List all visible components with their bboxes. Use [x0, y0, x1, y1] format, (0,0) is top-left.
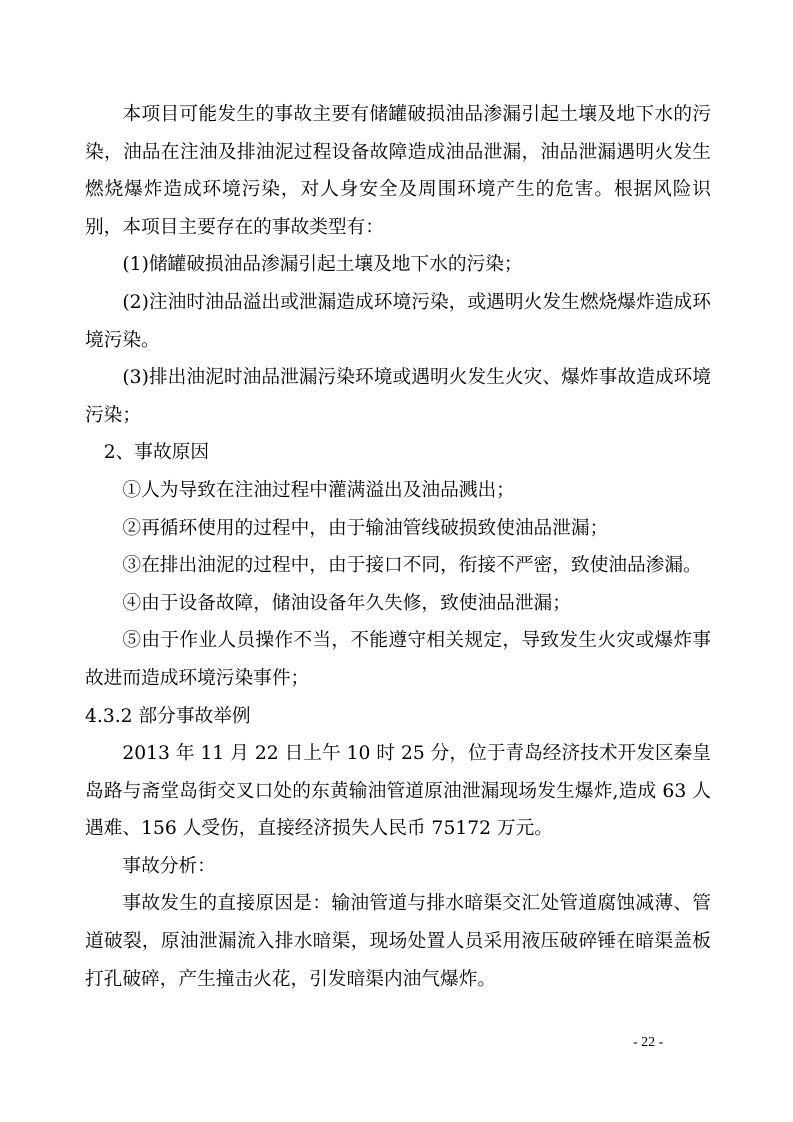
document-page: 本项目可能发生的事故主要有储罐破损油品渗漏引起土壤及地下水的污染，油品在注油及排…: [0, 0, 793, 1122]
accident-type-item-2: (2)注油时油品溢出或泄漏造成环境污染，或遇明火发生燃烧爆炸造成环境污染。: [85, 284, 711, 359]
paragraph-qingdao-accident: 2013 年 11 月 22 日上午 10 时 25 分，位于青岛经济技术开发区…: [85, 735, 711, 848]
accident-type-item-1: (1)储罐破损油品渗漏引起土壤及地下水的污染；: [85, 246, 711, 284]
paragraph-accident-analysis: 事故发生的直接原因是：输油管道与排水暗渠交汇处管道腐蚀减薄、管道破裂，原油泄漏流…: [85, 885, 711, 998]
page-number: - 22 -: [633, 1034, 663, 1052]
paragraph-accident-overview: 本项目可能发生的事故主要有储罐破损油品渗漏引起土壤及地下水的污染，油品在注油及排…: [85, 96, 711, 246]
cause-item-3: ③在排出油泥的过程中，由于接口不同，衔接不严密，致使油品渗漏。: [85, 547, 711, 585]
document-body: 本项目可能发生的事故主要有储罐破损油品渗漏引起土壤及地下水的污染，油品在注油及排…: [85, 96, 711, 998]
accident-type-item-3: (3)排出油泥时油品泄漏污染环境或遇明火发生火灾、爆炸事故造成环境污染；: [85, 359, 711, 434]
cause-item-4: ④由于设备故障，储油设备年久失修，致使油品泄漏；: [85, 585, 711, 623]
cause-item-5: ⑤由于作业人员操作不当，不能遵守相关规定，导致发生火灾或爆炸事故进而造成环境污染…: [85, 622, 711, 697]
heading-accident-examples: 4.3.2 部分事故举例: [85, 698, 711, 736]
heading-accident-causes: 2、事故原因: [85, 434, 711, 472]
label-accident-analysis: 事故分析：: [85, 848, 711, 886]
cause-item-2: ②再循环使用的过程中，由于输油管线破损致使油品泄漏；: [85, 510, 711, 548]
cause-item-1: ①人为导致在注油过程中灌满溢出及油品溅出；: [85, 472, 711, 510]
